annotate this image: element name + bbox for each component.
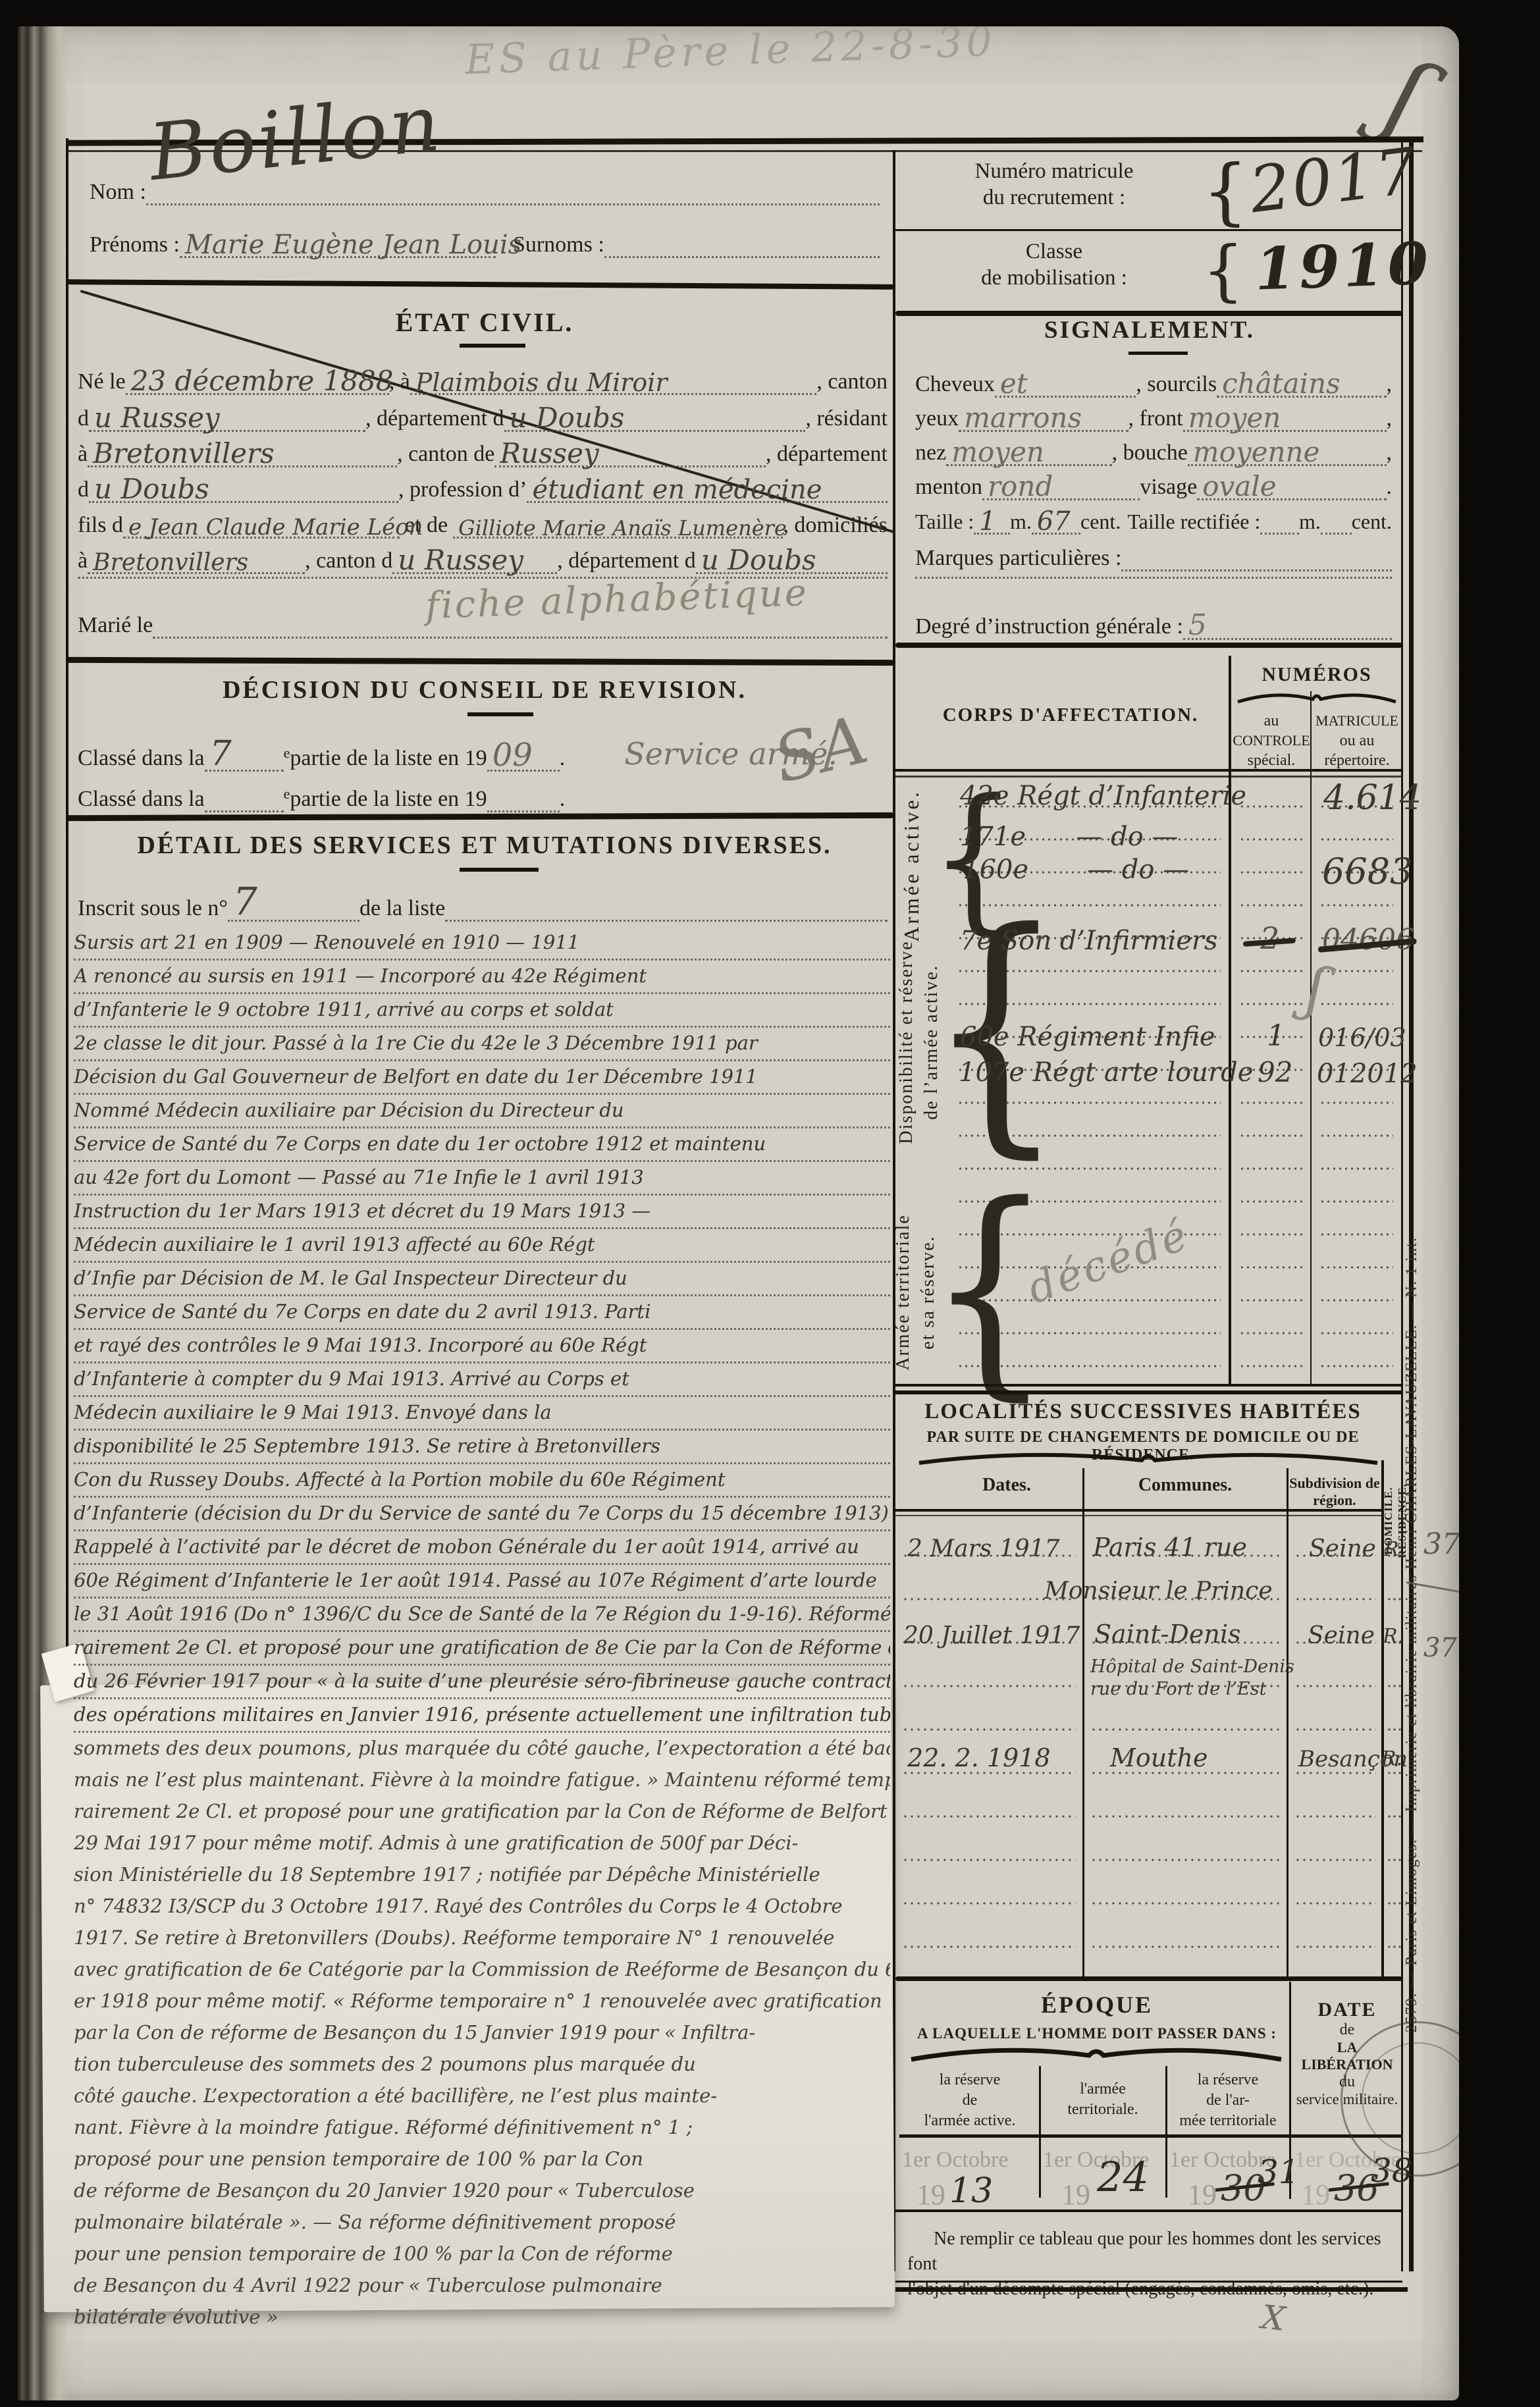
col2-line-a: MATRICULE <box>1313 711 1401 731</box>
inscrit-post-label: de la liste <box>359 895 445 922</box>
taille-label: Taille : <box>915 508 974 535</box>
classe2-dot: . <box>560 786 566 812</box>
service-line: nant. Fièvre à la moindre fatigue. Réfor… <box>74 2112 890 2144</box>
paper-sheet: ES au Père le 22-8-30 ʃ Nom : Boillon Pr… <box>17 26 1459 2400</box>
service-line: le 31 Août 1916 (Do n° 1396/C du Sce de … <box>74 1599 890 1632</box>
classe2-year-blank <box>487 775 560 812</box>
loc-subdiv: Seine <box>1309 1535 1376 1562</box>
rect-m-blank <box>1260 500 1299 535</box>
c1a: la réserve <box>902 2070 1038 2090</box>
cheveux-label: Cheveux <box>915 371 995 398</box>
loc-vline-1 <box>1082 1468 1084 1979</box>
date-h1: DATE <box>1293 1999 1401 2021</box>
loc-dr: R. <box>1384 1538 1405 1561</box>
corps-row-mat: 012012 <box>1317 1059 1418 1089</box>
bouche-blank: moyenne <box>1188 430 1387 466</box>
printed-19-4: 19 <box>1301 2178 1330 2211</box>
sig-empty-dotted <box>915 553 1392 579</box>
epoque-col-1: la réserve de l'armée active. <box>902 2070 1038 2131</box>
inscrit-rest-blank <box>445 884 888 922</box>
service-line: A renoncé au sursis en 1911 — Incorporé … <box>74 961 890 994</box>
corps-row-name: 107e Régt arte lourde <box>959 1057 1253 1088</box>
printer-imprint: 2579. — Paris et Limoges. — Imprimerie e… <box>1403 1128 1423 2142</box>
prenoms-line: Prénoms : Marie Eugène Jean Louis Surnom… <box>90 221 880 258</box>
service-line: mais ne l’est plus maintenant. Fièvre à … <box>74 1764 890 1796</box>
epoque-col-divider-2 <box>1165 2066 1167 2198</box>
dept1-value: u Doubs <box>510 402 625 434</box>
printed-19-1: 19 <box>916 2178 945 2211</box>
corps-row-name: 171e — do — <box>960 822 1178 852</box>
classe1-year-blank: 09 <box>487 734 560 772</box>
inscrit-label: Inscrit sous le n° <box>78 895 228 922</box>
sig-comma-2: , <box>1387 406 1393 432</box>
ne-le-label: Né le <box>78 369 126 395</box>
col1-line-b: CONTROLE <box>1233 731 1310 751</box>
profession-blank: étudiant en médecine <box>527 465 888 503</box>
epoque-value-2: 24 <box>1097 2153 1149 2201</box>
corps-row-ctrl: 2 <box>1260 920 1279 956</box>
epoque-col-3: la réserve de l'ar- mée territoriale <box>1168 2070 1288 2131</box>
sig-comma-1: , <box>1387 371 1393 398</box>
loc-commune: Mouthe <box>1110 1743 1208 1772</box>
degre-blank: 5 <box>1183 604 1392 640</box>
service-line: Décision du Gal Gouverneur de Belfort en… <box>74 1061 890 1095</box>
classe1-dot: . <box>560 745 566 772</box>
loc-date: 22. 2. 1918 <box>907 1743 1051 1772</box>
rect-cm-blank <box>1321 500 1352 535</box>
service-line: et rayé des contrôles le 9 Mai 1913. Inc… <box>74 1330 890 1363</box>
classe2-line: Classé dans la e partie de la liste en 1… <box>78 777 888 812</box>
service-line: er 1918 pour même motif. « Réforme tempo… <box>74 1986 890 2017</box>
canton1-label: , canton <box>816 369 888 395</box>
service-line: Médecin auxiliaire le 9 Mai 1913. Envoyé… <box>74 1397 890 1431</box>
details-top-rule <box>66 812 894 821</box>
classe1-line: Classé dans la 7 e partie de la liste en… <box>78 736 888 772</box>
numeros-col2: MATRICULE ou au répertoire. <box>1313 711 1401 770</box>
matricule-brace: { <box>1202 149 1248 233</box>
printed-text: 1er Octobre <box>902 2148 1008 2172</box>
etat-civil-title: ÉTAT CIVIL. <box>76 307 893 338</box>
sig-line-1: Cheveux et , sourcils châtains , <box>915 363 1392 398</box>
loc-vline-2 <box>1287 1468 1288 1979</box>
bouche-label: , bouche <box>1112 440 1188 466</box>
ec-line-2: d u Russey , département d u Doubs , rés… <box>78 396 888 432</box>
residence-blank: Bretonvillers <box>88 430 397 467</box>
corps-bottom-rule-1 <box>895 1384 1402 1387</box>
mother-blank: Gilliote Marie Anaïs Lumenère <box>453 501 783 539</box>
c2b: territoriale. <box>1042 2100 1164 2120</box>
printed-octobre-1: 1er Octobre <box>902 2148 1008 2173</box>
taille-line: Taille : 1 m. 67 cent. Taille rectifiée … <box>915 502 1392 535</box>
taille-m-blank: 1 <box>974 500 1010 535</box>
c1c: l'armée active. <box>902 2111 1038 2131</box>
visage-label: visage <box>1140 474 1197 500</box>
degre-value: 5 <box>1188 608 1207 642</box>
corps-bottom-rule-2 <box>895 1390 1402 1394</box>
surnoms-blank <box>604 219 880 258</box>
sig-comma-3: , <box>1387 440 1393 466</box>
dept2b-blank: u Doubs <box>89 465 398 503</box>
col1-line-a: au <box>1233 711 1310 731</box>
service-line: avec gratification de 6e Catégorie par l… <box>74 1954 890 1986</box>
col1-line-c: spécial. <box>1233 751 1310 770</box>
classe1-pre: Classé dans la <box>78 745 205 772</box>
service-line: rairement 2e Cl. et proposé pour une gra… <box>74 1796 890 1828</box>
localites-title-1: LOCALITÉS SUCCESSIVES HABITÉES <box>913 1400 1373 1424</box>
numeros-col1: au CONTROLE spécial. <box>1233 711 1310 770</box>
service-line: d’Infanterie à compter du 9 Mai 1913. Ar… <box>74 1363 890 1397</box>
residence-value: Bretonvillers <box>93 437 275 469</box>
service-line: Instruction du 1er Mars 1913 et décret d… <box>74 1196 890 1229</box>
service-line: côté gauche. L’expectoration a été bacil… <box>74 2080 890 2112</box>
front-label: , front <box>1128 406 1183 432</box>
prenoms-label: Prénoms : <box>90 232 180 258</box>
menton-blank: rond <box>982 464 1140 500</box>
service-line: de réforme de Besançon du 20 Janvier 192… <box>74 2175 890 2207</box>
classe1-part-value: 7 <box>210 734 232 774</box>
service-line: 1917. Se retire à Bretonvillers (Doubs).… <box>74 1922 890 1954</box>
loc-header-dates: Dates. <box>932 1475 1081 1496</box>
ne-le-value: 23 décembre 1888 <box>131 365 394 397</box>
service-line: 60e Régiment d’Infanterie le 1er août 19… <box>74 1565 890 1599</box>
epoque-subtitle: A LAQUELLE L'HOMME DOIT PASSER DANS : <box>906 2025 1288 2042</box>
service-line: d’Infanterie (décision du Dr du Service … <box>74 1498 890 1531</box>
details-title-rule <box>460 868 539 872</box>
nez-blank: moyen <box>946 430 1111 466</box>
corps-row-mat: 016/03 <box>1318 1023 1406 1052</box>
etat-civil-title-rule <box>460 344 525 348</box>
numeros-brace <box>1236 690 1397 704</box>
service-line: Service de Santé du 7e Corps en date du … <box>74 1128 890 1162</box>
classe-labels: Classe de mobilisation : <box>913 238 1196 291</box>
matricule-labels: Numéro matricule du recrutement : <box>913 158 1196 211</box>
yeux-label: yeux <box>915 406 959 432</box>
cheveux-blank: et <box>995 361 1136 398</box>
scanned-register-page: ES au Père le 22-8-30 ʃ Nom : Boillon Pr… <box>0 0 1540 2407</box>
classe-brace: { <box>1202 232 1244 309</box>
sig-dot: . <box>1387 474 1393 500</box>
ec-line-4: d u Doubs , profession d’ étudiant en mé… <box>78 467 888 503</box>
menton-value: rond <box>988 470 1053 502</box>
m-label: m. <box>1010 508 1032 535</box>
signalement-title-rule <box>1128 352 1188 355</box>
inscrit-num-value: 7 <box>233 879 257 924</box>
service-line: Rappelé à l’activité par le décret de mo… <box>74 1531 890 1565</box>
localites-brace <box>918 1451 1379 1467</box>
ne-le-blank: 23 décembre 1888 <box>126 357 389 395</box>
service-line: 2e classe le dit jour. Passé à la 1re Ci… <box>74 1028 890 1061</box>
fils-label: fils d <box>78 512 123 539</box>
numeros-header: NUMÉROS <box>1233 664 1401 686</box>
matricule-label-1: Numéro matricule <box>913 158 1196 184</box>
service-line: Service de Santé du 7e Corps en date du … <box>74 1296 890 1330</box>
corps-row-mat: 4.614 <box>1323 778 1421 818</box>
name-bottom-rule <box>66 279 894 290</box>
dept2b-value: u Doubs <box>94 473 209 505</box>
d2-label: d <box>78 477 89 503</box>
service-line: pulmonaire bilatérale ». — Sa réforme dé… <box>74 2207 890 2238</box>
ec-line-3: à Bretonvillers , canton de Russey , dép… <box>78 432 888 467</box>
signalement-title: SIGNALEMENT. <box>899 316 1400 344</box>
epoque-col-divider-1 <box>1039 2066 1041 2198</box>
cent2-label: cent. <box>1352 508 1392 535</box>
yeux-blank: marrons <box>959 396 1128 432</box>
canton2-label: , canton de <box>397 441 494 467</box>
bouche-value: moyenne <box>1193 436 1320 468</box>
decision-top-rule <box>66 657 894 666</box>
corps-vline-ctrl <box>1229 656 1231 1387</box>
details-title: DÉTAIL DES SERVICES ET MUTATIONS DIVERSE… <box>76 831 893 860</box>
loc-date: 2 Mars 1917 <box>907 1535 1059 1562</box>
loc-header-communes: Communes. <box>1085 1475 1285 1496</box>
matricule-mid-rule <box>895 229 1402 231</box>
sig-line-4: menton rond visage ovale . <box>915 466 1392 500</box>
nez-label: nez <box>915 440 946 466</box>
domicilies-label: , domiciliés <box>783 512 888 539</box>
col2-line-b: ou au <box>1313 731 1401 751</box>
c3b: de l'ar- <box>1168 2090 1288 2111</box>
service-line: par la Con de réforme de Besançon du 15 … <box>74 2017 890 2049</box>
epoque-header-rule <box>899 2134 1402 2138</box>
loc-header-rule-1 <box>895 1509 1383 1512</box>
epoque-value-3-new: 31 <box>1258 2153 1300 2191</box>
form-bottom-rule-1 <box>895 2281 1402 2283</box>
classe1-mid: partie de la liste en 19 <box>290 745 487 772</box>
yeux-value: marrons <box>964 402 1082 434</box>
canton2-blank: Russey <box>494 430 766 467</box>
resident-label: , résidant <box>805 406 888 432</box>
service-line: 29 Mai 1917 pour même motif. Admis à une… <box>74 1828 890 1859</box>
bottom-x-mark: X <box>1260 2298 1287 2338</box>
classe1-sup: e <box>284 735 290 772</box>
service-line: Médecin auxiliaire le 1 avril 1913 affec… <box>74 1229 890 1263</box>
birthplace-value: Plaimbois du Miroir <box>415 368 668 397</box>
classe2-pre: Classé dans la <box>78 786 205 812</box>
loc-commune-3: rue du Fort de l’Est <box>1090 1679 1266 1699</box>
service-line: pour une pension temporaire de 100 % par… <box>74 2238 890 2270</box>
m2-label: m. <box>1299 508 1321 535</box>
decision-verdict: Service armé. <box>624 736 837 772</box>
degre-label: Degré d’instruction générale : <box>915 614 1183 640</box>
inscrit-line: Inscrit sous le n° 7 de la liste <box>78 886 888 922</box>
corps-row-name: 7e Son d’Infirmiers <box>960 926 1218 956</box>
cheveux-value: et <box>1000 367 1028 400</box>
epoque-top-rule <box>895 1976 1402 1981</box>
prenoms-blank: Marie Eugène Jean Louis <box>180 219 496 258</box>
canton2-value: Russey <box>500 437 598 469</box>
a2-label: à <box>78 441 88 467</box>
matricule-bottom-rule <box>895 311 1402 316</box>
classe2-mid: partie de la liste en 19 <box>290 786 487 812</box>
loc-commune-2: Monsieur le Prince <box>1044 1577 1273 1604</box>
corps-row-mat: 6683 <box>1322 851 1412 892</box>
marie-label: Marié le <box>78 612 153 639</box>
corps-row-ctrl: 92 <box>1258 1056 1292 1088</box>
service-line: tion tuberculeuse des sommets des 2 poum… <box>74 2049 890 2080</box>
armee-active-l2: active. <box>899 789 923 863</box>
sourcils-value: châtains <box>1222 367 1341 400</box>
degre-line: Degré d’instruction générale : 5 <box>915 606 1392 640</box>
classe2-part-blank <box>205 775 284 812</box>
corps-row-name: 60e Régiment Infie <box>960 1022 1215 1052</box>
service-line: n° 74832 I3/SCP du 3 Octobre 1917. Rayé … <box>74 1891 890 1922</box>
taille-cm-value: 67 <box>1037 506 1071 537</box>
cent-label: cent. <box>1080 508 1121 535</box>
service-line: du 26 Février 1917 pour « à la suite d’u… <box>74 1666 890 1699</box>
sig-line-2: yeux marrons , front moyen , <box>915 398 1392 432</box>
visage-blank: ovale <box>1197 464 1386 500</box>
service-line: sommets des deux poumons, plus marquée d… <box>74 1733 890 1764</box>
ec-line-5: fils d e Jean Claude Marie Léon et de Gi… <box>78 503 888 539</box>
top-pencil-annotation: ES au Père le 22-8-30 <box>464 26 997 84</box>
canton1-value: u Russey <box>94 402 220 434</box>
canton1-blank: u Russey <box>89 394 365 432</box>
loc-dr: R. <box>1381 1747 1402 1770</box>
c2a: l'armée <box>1042 2079 1164 2100</box>
visage-value: ovale <box>1202 470 1276 502</box>
loc-commune-2: Hôpital de Saint-Denis <box>1090 1656 1294 1677</box>
service-line: Con du Russey Doubs. Affecté à la Portio… <box>74 1464 890 1498</box>
prenoms-value: Marie Eugène Jean Louis <box>185 230 521 260</box>
d1-label: d <box>78 406 89 432</box>
corps-row-ctrl: 1 <box>1267 1019 1285 1053</box>
corps-row-name: 42e Régt d’Infanterie <box>960 781 1246 811</box>
service-line: bilatérale évolutive » <box>74 2302 890 2333</box>
margin-note-2: 37. <box>1423 1633 1459 1663</box>
loc-dr: R. <box>1383 1625 1404 1648</box>
margin-note-1: 37 <box>1423 1527 1459 1561</box>
signalement-bottom-rule <box>895 643 1402 648</box>
service-line: d’Infanterie le 9 octobre 1911, arrivé a… <box>74 994 890 1028</box>
service-line: au 42e fort du Lomont — Passé au 71e Inf… <box>74 1162 890 1196</box>
profession-label: , profession d’ <box>398 477 527 503</box>
corps-vline-mat <box>1310 691 1312 1387</box>
col2-line-c: répertoire. <box>1313 751 1401 770</box>
decision-title: DÉCISION DU CONSEIL DE REVISION. <box>76 675 893 704</box>
classe-value: 1910 <box>1254 228 1433 303</box>
dept2-label: , département <box>766 441 888 467</box>
epoque-title: ÉPOQUE <box>913 1991 1281 2019</box>
sourcils-label: , sourcils <box>1136 371 1217 398</box>
father-blank: e Jean Claude Marie Léon <box>123 501 400 539</box>
loc-header-rule-2 <box>895 1515 1383 1516</box>
service-line: des opérations militaires en Janvier 191… <box>74 1699 890 1733</box>
service-lines: Sursis art 21 en 1909 — Renouvelé en 191… <box>74 927 890 2333</box>
sourcils-blank: châtains <box>1217 361 1386 398</box>
printed-19-3: 19 <box>1188 2178 1217 2211</box>
service-line: rairement 2e Cl. et proposé pour une gra… <box>74 1632 890 1666</box>
c3a: la réserve <box>1168 2070 1288 2090</box>
classe2-sup: e <box>284 776 290 812</box>
epoque-col-2: l'armée territoriale. <box>1042 2079 1164 2120</box>
service-line: proposé pour une pension temporaire de 1… <box>74 2144 890 2175</box>
form-bottom-rule-2 <box>895 2287 1408 2292</box>
epoque-value-1: 13 <box>949 2171 993 2211</box>
service-line: de Besançon du 4 Avril 1922 pour « Tuber… <box>74 2270 890 2302</box>
loc-subdiv: Seine <box>1308 1622 1375 1649</box>
epoque-note-line-1: Ne remplir ce tableau que pour les homme… <box>907 2227 1394 2277</box>
matricule-label-2: du recrutement : <box>913 184 1196 211</box>
nez-value: moyen <box>951 436 1044 468</box>
taille-cm-blank: 67 <box>1032 500 1080 535</box>
service-line: Nommé Médecin auxiliaire par Décision du… <box>74 1095 890 1128</box>
c3c: mée territoriale <box>1168 2111 1288 2131</box>
service-line: disponibilité le 25 Septembre 1913. Se r… <box>74 1431 890 1464</box>
decision-title-rule <box>467 712 533 716</box>
loc-header-subdiv: Subdivision de région. <box>1287 1475 1383 1509</box>
epoque-brace <box>910 2046 1283 2063</box>
matricule-value: 2017 <box>1246 134 1422 227</box>
dept1-label: , département d <box>365 406 504 432</box>
corps-title: CORPS D'AFFECTATION. <box>919 704 1222 726</box>
front-blank: moyen <box>1183 396 1387 432</box>
service-line: sion Ministérielle du 18 Septembre 1917 … <box>74 1859 890 1891</box>
birthplace-blank: Plaimbois du Miroir <box>410 357 817 395</box>
taille-m-value: 1 <box>979 506 996 537</box>
nom-label: Nom : <box>90 179 146 205</box>
sig-line-3: nez moyen , bouche moyenne , <box>915 432 1392 466</box>
loc-date: 20 Juillet 1917 <box>903 1622 1080 1649</box>
service-line: Sursis art 21 en 1909 — Renouvelé en 191… <box>74 927 890 961</box>
classe-label-1: Classe <box>913 238 1196 265</box>
c1b: de <box>902 2090 1038 2111</box>
loc-commune: Paris 41 rue <box>1093 1533 1247 1562</box>
epoque-row-bottom-rule <box>895 2209 1402 2212</box>
inscrit-num-blank: 7 <box>228 884 359 922</box>
printed-19-2: 19 <box>1061 2178 1090 2211</box>
classe1-part-blank: 7 <box>205 734 284 772</box>
dept1-blank: u Doubs <box>504 394 806 432</box>
ec-line-1: Né le 23 décembre 1888 , à Plaimbois du … <box>78 359 888 395</box>
classe1-year-value: 09 <box>492 737 533 774</box>
service-line: d’Infie par Décision de M. le Gal Inspec… <box>74 1263 890 1296</box>
front-value: moyen <box>1188 402 1281 434</box>
taille-rect-label: Taille rectifiée : <box>1121 508 1260 535</box>
corps-row-name: 160e — do — <box>963 855 1189 885</box>
loc-commune: Saint-Denis <box>1094 1620 1241 1649</box>
classe-label-2: de mobilisation : <box>913 265 1196 291</box>
menton-label: menton <box>915 474 982 500</box>
